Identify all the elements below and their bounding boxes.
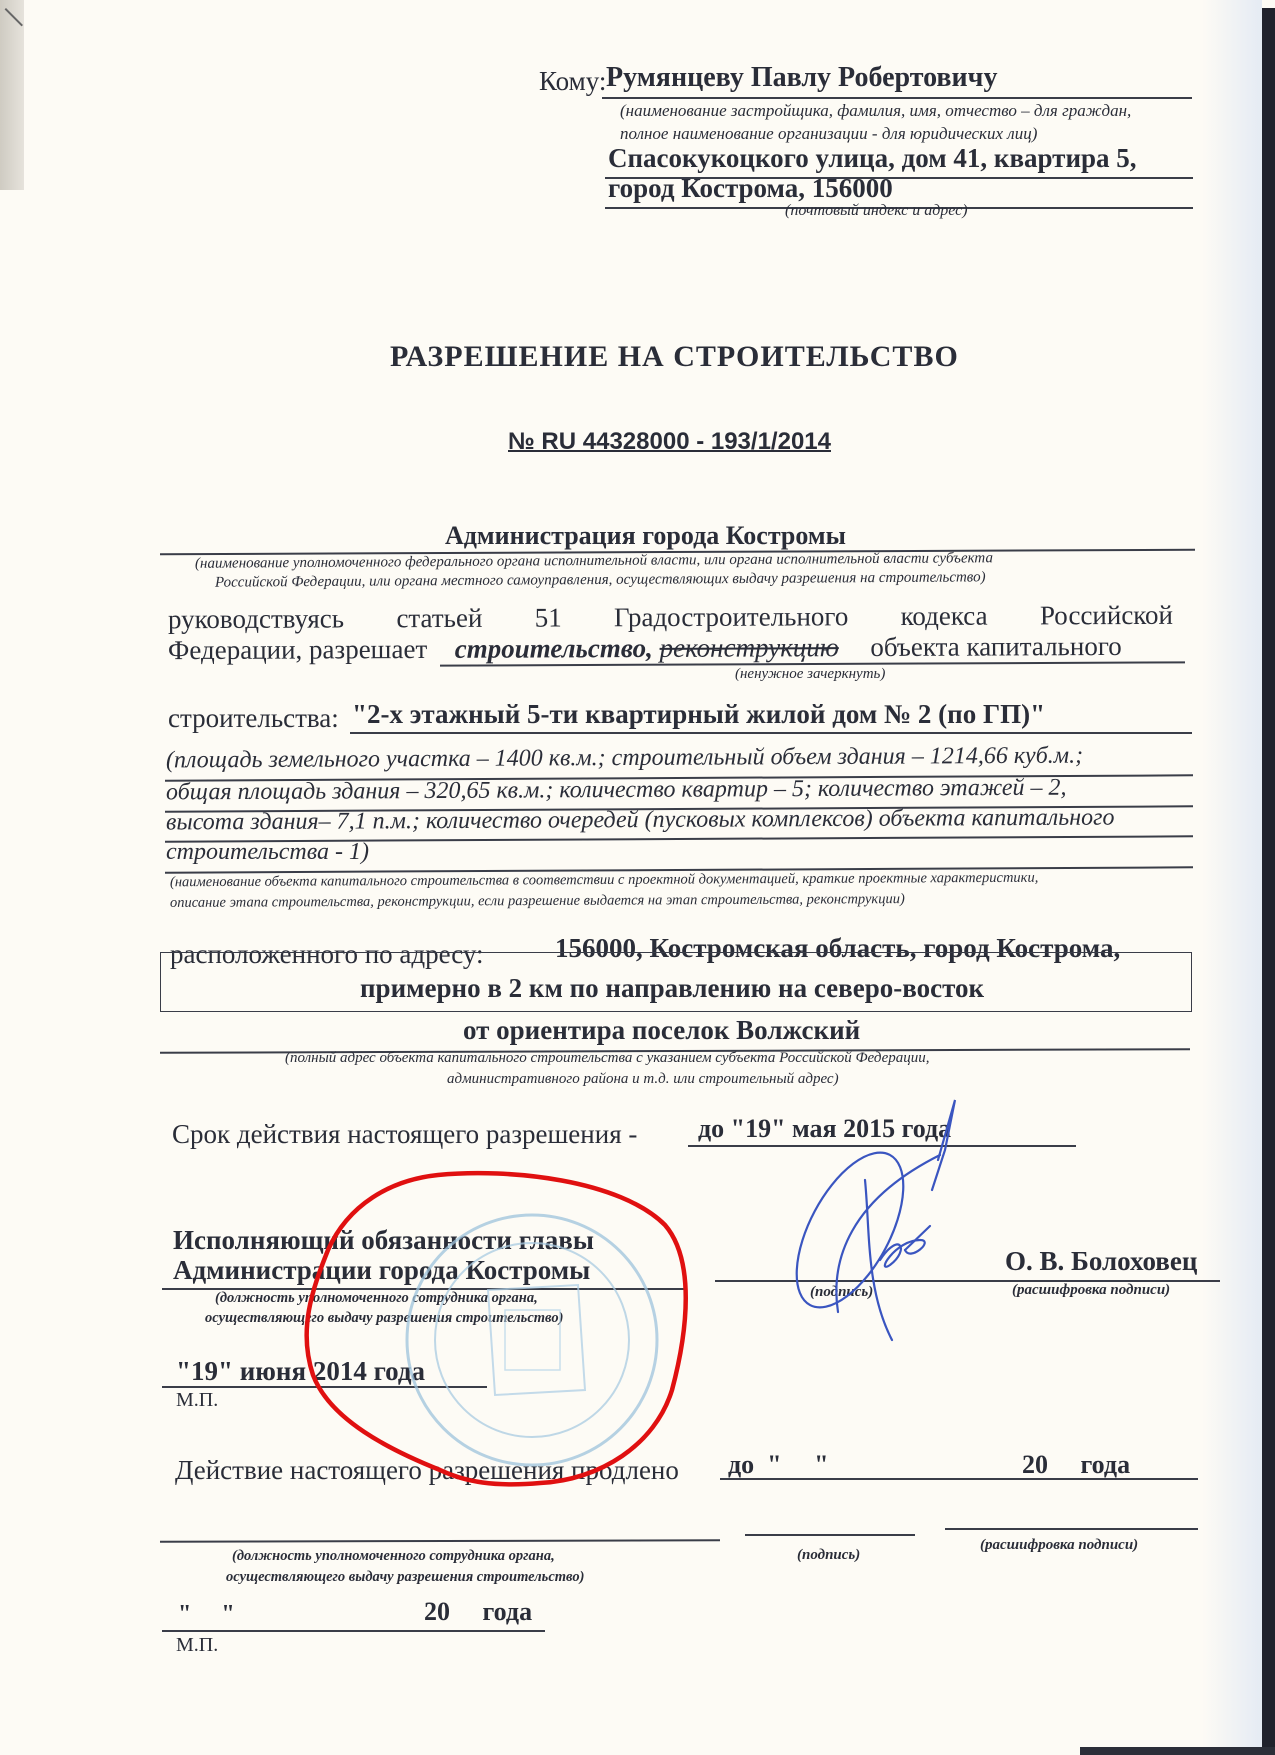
permitted-type: строительство, xyxy=(455,633,653,664)
scan-artifact xyxy=(5,8,23,26)
extension-label: Действие настоящего разрешения продлено xyxy=(175,1455,679,1486)
recipient-label: Кому: xyxy=(539,66,606,97)
object-detail: строительства - 1) xyxy=(166,839,369,866)
object-detail: общая площадь здания – 320,65 кв.м.; кол… xyxy=(166,775,1067,807)
signer-name-caption: (расшифровка подписи) xyxy=(1012,1282,1170,1299)
signature-caption: (подпись) xyxy=(810,1284,873,1301)
extension-underline xyxy=(720,1478,1198,1480)
body-text: Федерации, разрешает xyxy=(168,634,427,665)
issue-date-underline xyxy=(162,1386,487,1388)
strike-caption: (ненужное зачеркнуть) xyxy=(735,666,885,683)
extension-value-prefix: до " " xyxy=(728,1450,829,1480)
location-caption: (полный адрес объекта капитального строи… xyxy=(285,1050,930,1067)
recipient-name-underline xyxy=(602,97,1192,99)
extension-value-suffix: 20 года xyxy=(1022,1450,1130,1480)
recipient-name: Румянцеву Павлу Робертовичу xyxy=(606,62,997,94)
validity-value: до "19" мая 2015 года xyxy=(698,1114,951,1144)
object-detail: (площадь земельного участка – 1400 кв.м.… xyxy=(166,743,1083,775)
scan-edge-right xyxy=(1262,8,1275,1755)
body-word: Градостроительного xyxy=(614,601,848,633)
extension-position-caption: осуществляющего выдачу разрешения строит… xyxy=(226,1569,584,1586)
body-word: Российской xyxy=(1040,600,1173,632)
signer-position-caption: осуществляющего выдачу разрешения строит… xyxy=(205,1310,563,1327)
object-detail: высота здания– 7,1 п.м.; количество очер… xyxy=(166,805,1115,837)
body-line-1: руководствуясь статьей 51 Градостроитель… xyxy=(168,600,1173,635)
object-name: "2-х этажный 5-ти квартирный жилой дом №… xyxy=(352,699,1045,730)
validity-label: Срок действия настоящего разрешения - xyxy=(172,1119,637,1150)
validity-underline xyxy=(688,1145,1076,1147)
extension-position-caption: (должность уполномоченного сотрудника ор… xyxy=(232,1548,555,1565)
issue-date: "19" июня 2014 года xyxy=(176,1356,425,1387)
recipient-address-line-2: город Кострома, 156000 xyxy=(608,173,893,204)
extension-stamp-place-label: М.П. xyxy=(176,1634,218,1657)
scan-edge-bottom xyxy=(1080,1747,1275,1755)
signer-position: Администрации города Костромы xyxy=(173,1255,590,1286)
signer-name: О. В. Болоховец xyxy=(1005,1246,1197,1277)
location-line-3: от ориентира поселок Волжский xyxy=(463,1015,860,1046)
struck-type: реконструкцию xyxy=(659,632,838,663)
location-line-2: примерно в 2 км по направлению на северо… xyxy=(360,973,984,1004)
issuer-caption: Российской Федерации, или органа местног… xyxy=(215,569,986,591)
issuer-name: Администрация города Костромы xyxy=(445,521,846,551)
scan-shadow-right xyxy=(1202,0,1262,1755)
extension-signer-caption: (расшифровка подписи) xyxy=(980,1537,1138,1554)
extension-date-underline xyxy=(162,1630,545,1632)
document-number: № RU 44328000 - 193/1/2014 xyxy=(508,428,831,456)
body-word: статьей xyxy=(396,603,482,634)
signer-position-caption: (должность уполномоченного сотрудника ор… xyxy=(215,1290,538,1307)
body-word: 51 xyxy=(535,602,562,633)
recipient-name-caption: (наименование застройщика, фамилия, имя,… xyxy=(620,101,1131,121)
recipient-address-caption: (почтовый индекс и адрес) xyxy=(785,202,968,220)
extension-signature-line xyxy=(745,1534,915,1536)
object-caption: описание этапа строительства, реконструк… xyxy=(170,891,905,912)
object-label: строительства: xyxy=(168,703,339,734)
body-text: объекта капитального xyxy=(870,631,1121,662)
extension-signer-line xyxy=(945,1528,1198,1530)
extension-date-suffix: 20 года xyxy=(424,1597,532,1627)
extension-signature-caption: (подпись) xyxy=(797,1547,860,1564)
extension-date-prefix: " " xyxy=(178,1601,235,1628)
recipient-address-line-1: Спасокукоцкого улица, дом 41, квартира 5… xyxy=(608,143,1137,174)
body-line-2: Федерации, разрешает строительство, реко… xyxy=(168,631,1122,666)
red-highlight-circle xyxy=(307,1173,686,1484)
object-name-underline xyxy=(350,732,1192,734)
extension-position-line xyxy=(160,1539,720,1542)
recipient-name-caption: полное наименование организации - для юр… xyxy=(620,124,1037,144)
document-title: РАЗРЕШЕНИЕ НА СТРОИТЕЛЬСТВО xyxy=(390,340,959,374)
object-caption: (наименование объекта капитального строи… xyxy=(170,870,1038,892)
body-word: кодекса xyxy=(901,601,988,632)
scan-edge-left xyxy=(0,0,24,190)
location-caption: административного района и т.д. или стро… xyxy=(447,1071,839,1088)
body-word: руководствуясь xyxy=(168,603,344,635)
signer-position: Исполняющий обязанности главы xyxy=(173,1225,594,1256)
stamp-place-label: М.П. xyxy=(176,1389,218,1412)
